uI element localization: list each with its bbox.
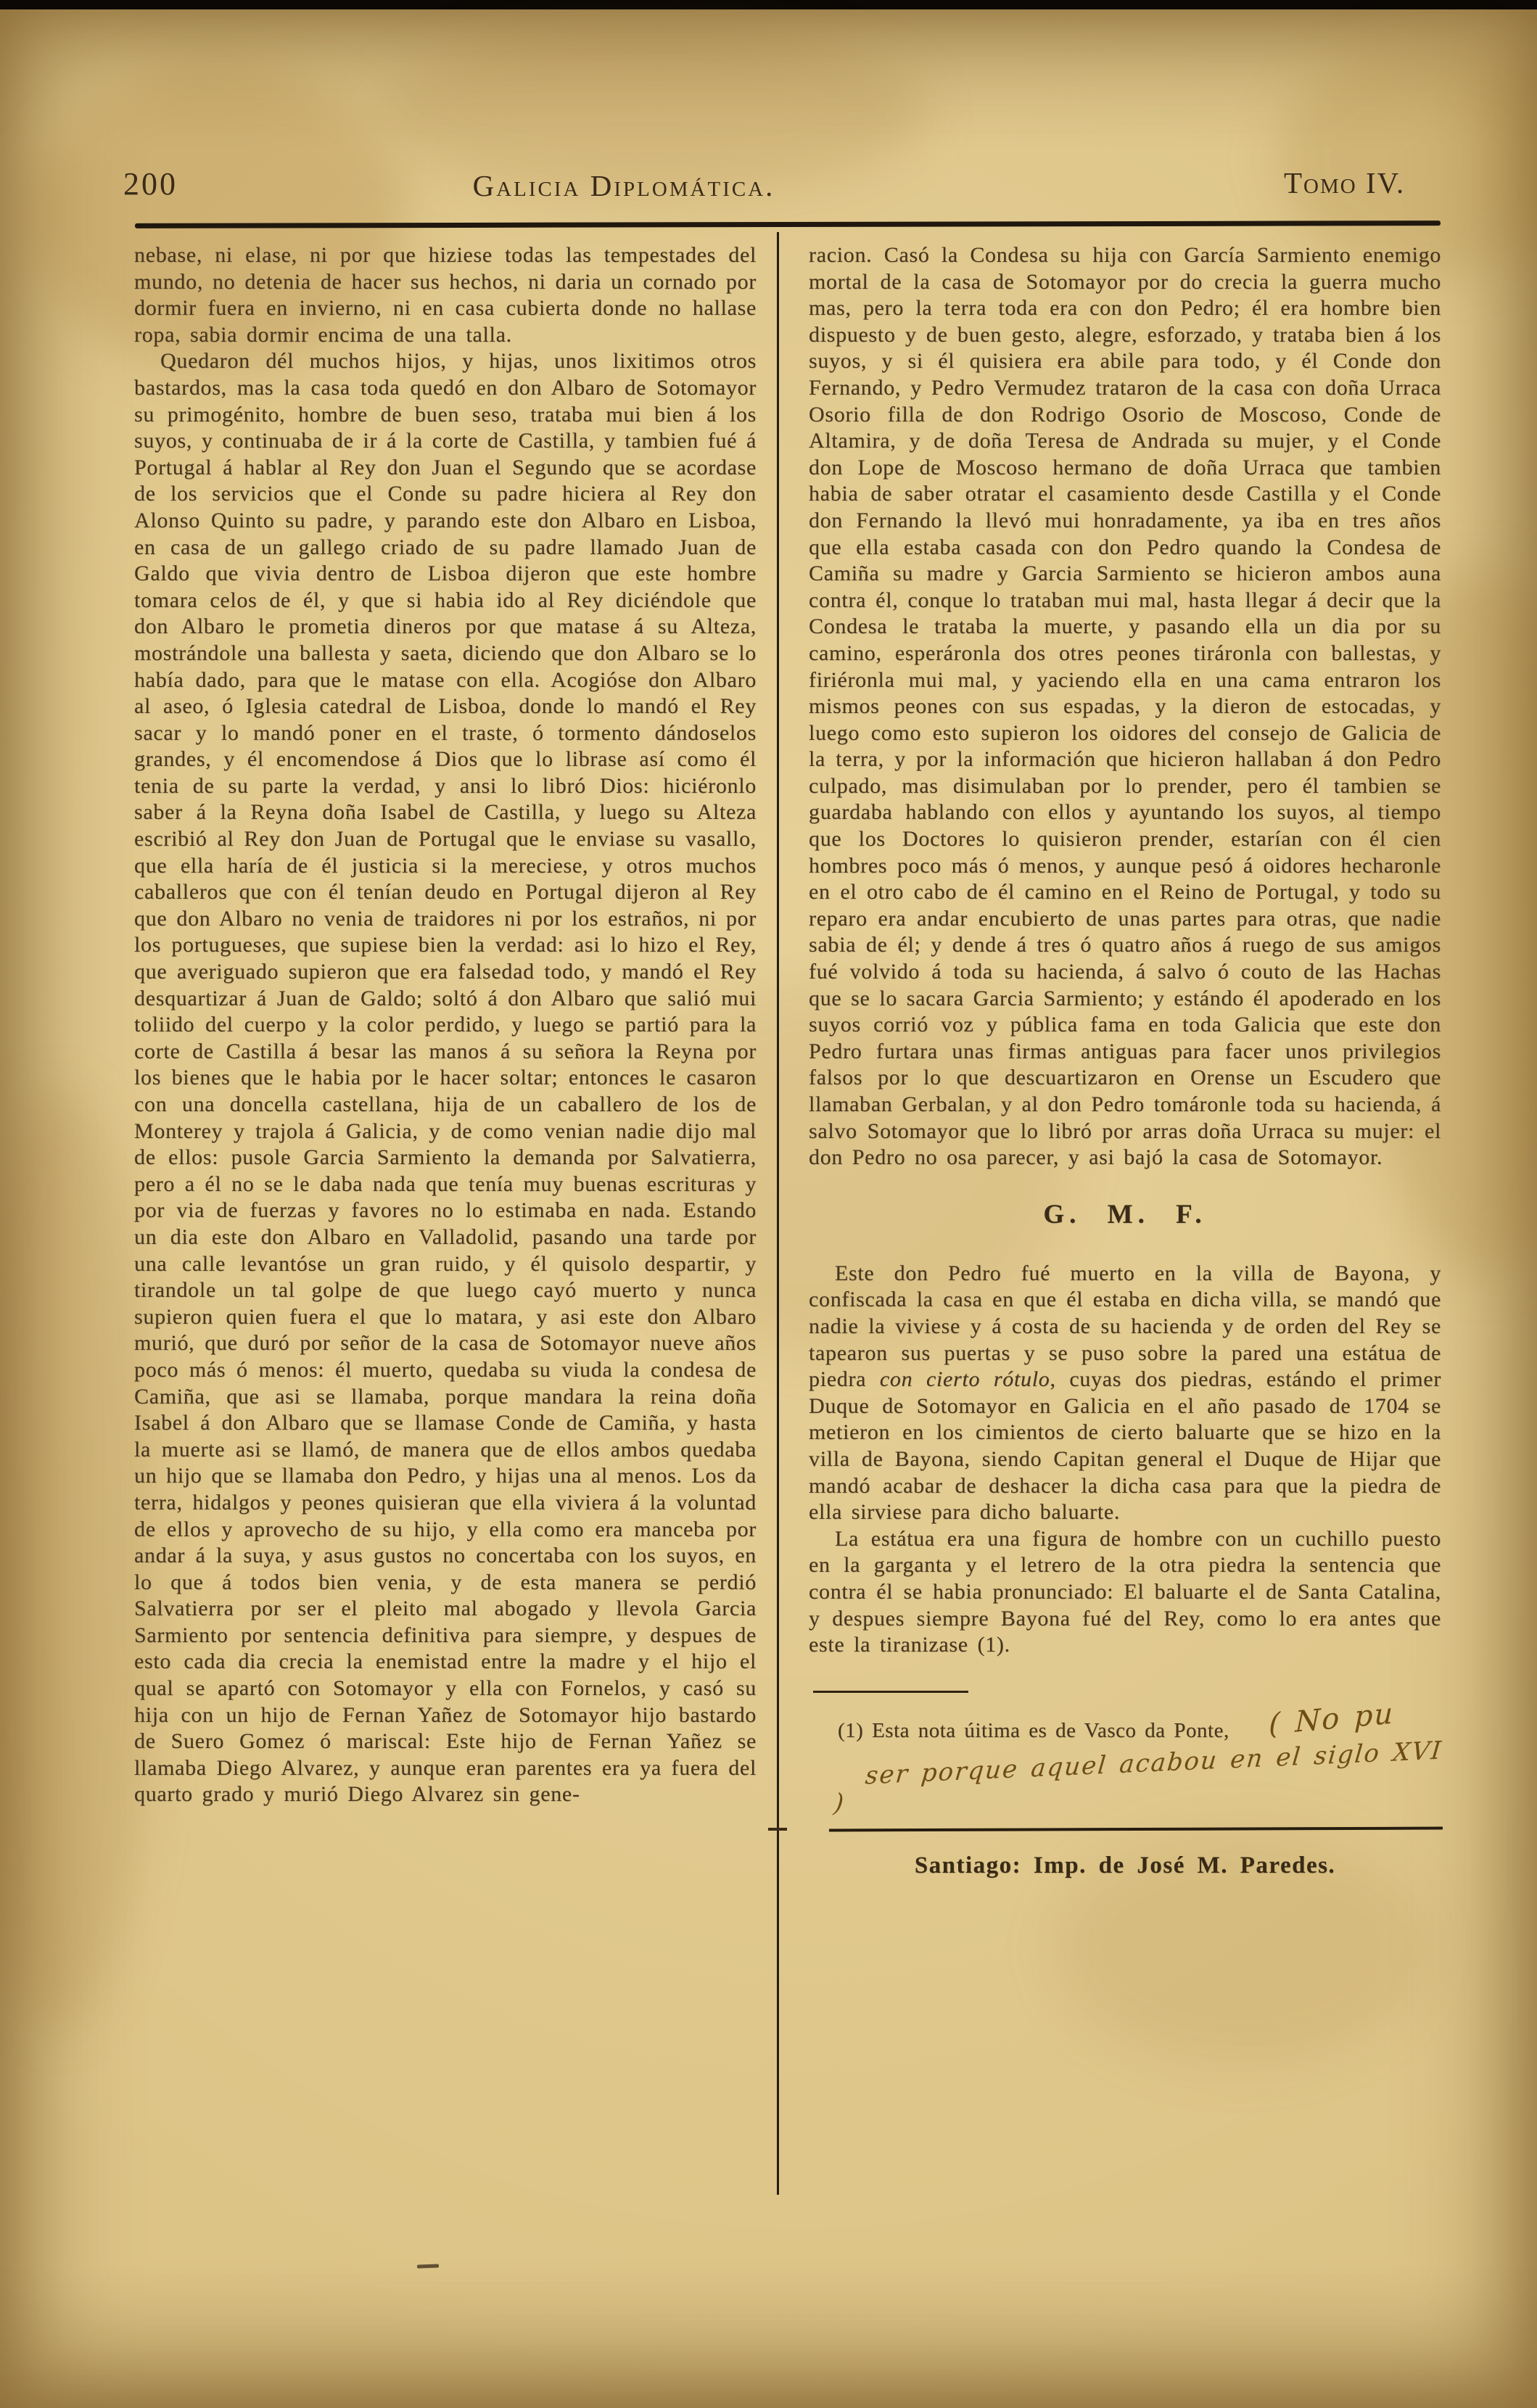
scan-edge-bar: [0, 0, 1537, 9]
paper-stain: [1277, 44, 1537, 276]
imprint-separator-rule: [829, 1826, 1443, 1831]
author-initials-signature: G. M. F.: [809, 1199, 1441, 1230]
imprint-rule-wrap: [809, 1828, 1441, 1831]
footnote-printed-text: (1) Esta nota úitima es de Vasco da Pont…: [838, 1719, 1229, 1742]
paragraph: Quedaron dél muchos hijos, y hijas, unos…: [134, 348, 757, 1808]
italic-phrase: con cierto rótulo: [880, 1367, 1050, 1391]
volume-label: Tomo IV.: [1284, 165, 1405, 200]
right-column: racion. Casó la Condesa su hija con Garc…: [809, 242, 1441, 1879]
footnote-separator-rule: [813, 1691, 968, 1693]
handwritten-annotation-line1: ( No pu: [1240, 1700, 1394, 1740]
printer-imprint: Santiago: Imp. de José M. Paredes.: [809, 1852, 1441, 1879]
margin-dash-mark: [768, 1828, 787, 1831]
handwritten-annotation-line2: ser porque aquel acabou en el siglo XVI …: [833, 1737, 1443, 1816]
footnote-block: (1) Esta nota úitima es de Vasco da Pont…: [809, 1691, 1441, 1803]
stray-ink-mark: [417, 2264, 439, 2268]
text-columns: nebase, ni elase, ni por que hiziese tod…: [134, 242, 1441, 1879]
header-rule: [135, 220, 1441, 228]
paragraph-continuation: nebase, ni elase, ni por que hiziese tod…: [134, 242, 757, 348]
scanned-book-page: 200 Galicia Diplomática. Tomo IV. nebase…: [0, 0, 1537, 2408]
paragraph: Este don Pedro fué muerto en la villa de…: [809, 1261, 1441, 1526]
page-number: 200: [123, 165, 178, 202]
left-column: nebase, ni elase, ni por que hiziese tod…: [134, 242, 757, 1879]
footnote: (1) Esta nota úitima es de Vasco da Pont…: [809, 1715, 1441, 1803]
journal-title: Galicia Diplomática.: [442, 168, 805, 203]
paragraph-continuation: racion. Casó la Condesa su hija con Garc…: [809, 242, 1441, 1171]
paragraph: La estátua era una figura de hombre con …: [809, 1526, 1441, 1659]
